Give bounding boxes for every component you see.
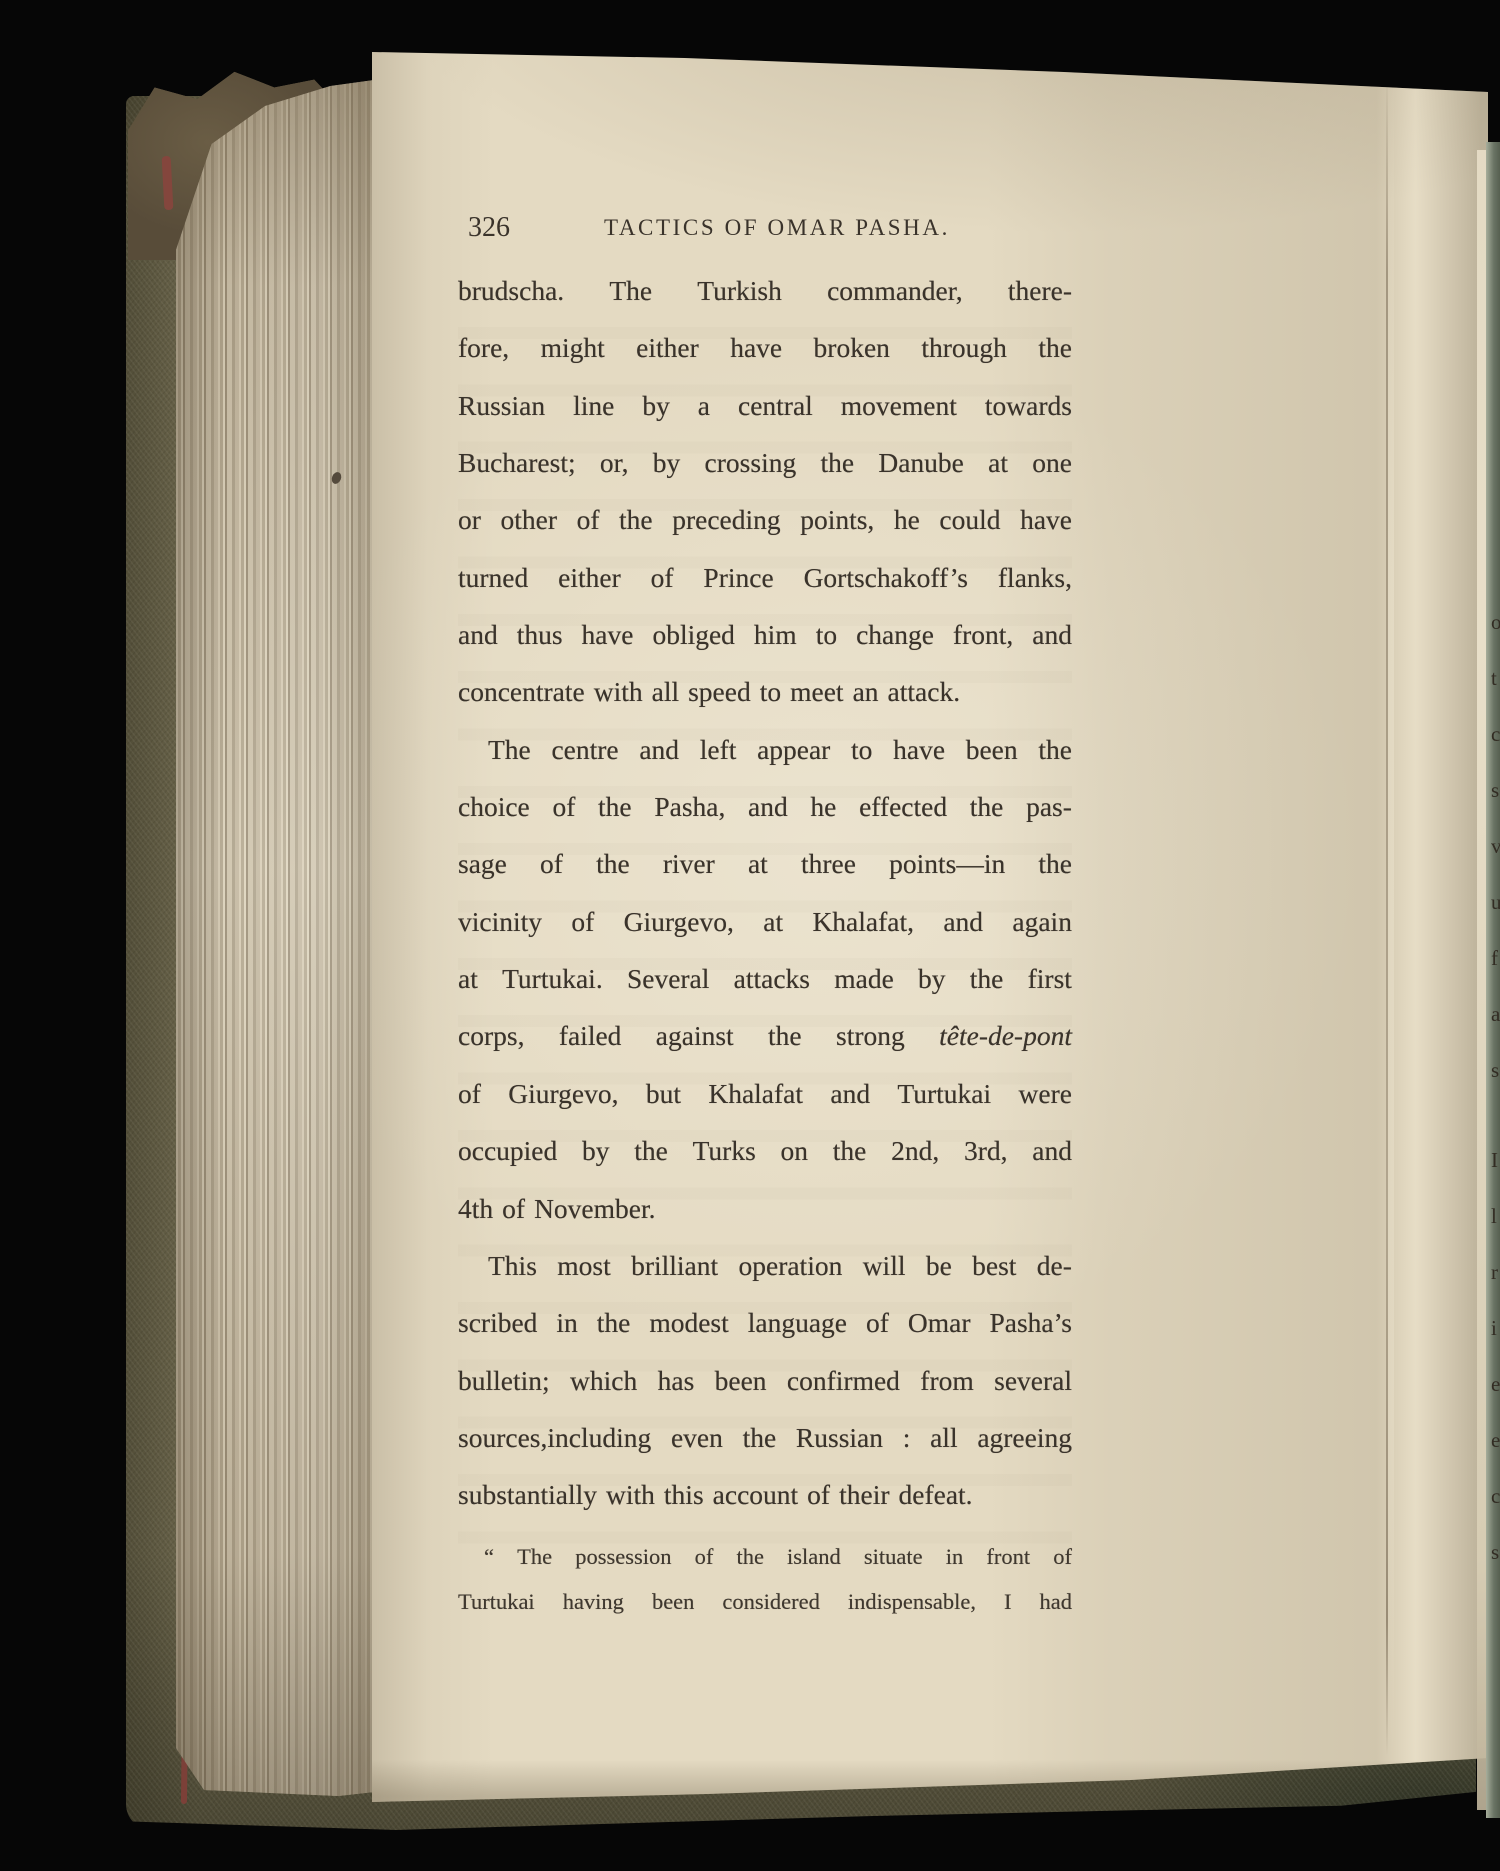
text-line: 4thofNovember. — [458, 1180, 1072, 1237]
fragment-letter: r — [1491, 1262, 1498, 1283]
fragment-letter: i — [1491, 1318, 1497, 1339]
facing-page-edge: otcsvufasIlrieecs — [1486, 142, 1500, 1818]
text-line: “Thepossessionoftheislandsituateinfronto… — [458, 1534, 1072, 1579]
fragment-letter: s — [1491, 1542, 1499, 1563]
fragment-letter: I — [1491, 1150, 1498, 1171]
paragraph: Thecentreandleftappeartohavebeenthechoic… — [458, 721, 1072, 1237]
page-number: 326 — [468, 206, 510, 250]
page-edge-highlight — [1477, 150, 1486, 1810]
text-line: brudscha.TheTurkishcommander,there- — [458, 262, 1072, 319]
text-line: substantiallywiththisaccountoftheirdefea… — [458, 1466, 1072, 1523]
text-line: occupiedbytheTurksonthe2nd,3rd,and — [458, 1122, 1072, 1179]
text-line: concentratewithallspeedtomeetanattack. — [458, 663, 1072, 720]
fragment-letter: s — [1491, 1060, 1499, 1081]
fragment-letter: t — [1491, 668, 1497, 689]
text-line: Thismostbrilliantoperationwillbebestde- — [458, 1237, 1072, 1294]
fragment-letter: u — [1491, 892, 1500, 913]
body-text: brudscha.TheTurkishcommander,there-fore,… — [458, 262, 1072, 1524]
text-line: turnedeitherofPrinceGortschakoff’sflanks… — [458, 549, 1072, 606]
paragraph: brudscha.TheTurkishcommander,there-fore,… — [458, 262, 1072, 721]
page-header: 326 TACTICS OF OMAR PASHA. — [458, 206, 1072, 250]
fragment-letter: e — [1491, 1374, 1500, 1395]
book-page: 326 TACTICS OF OMAR PASHA. brudscha.TheT… — [372, 44, 1488, 1802]
fragment-letter: c — [1491, 1486, 1500, 1507]
fragment-letter: v — [1491, 836, 1500, 857]
fragment-letter: o — [1491, 612, 1500, 633]
fragment-letter: a — [1491, 1004, 1500, 1025]
block-quote: “Thepossessionoftheislandsituateinfronto… — [458, 1534, 1072, 1624]
running-title: TACTICS OF OMAR PASHA. — [604, 206, 950, 250]
text-line: scribedinthemodestlanguageofOmarPasha’s — [458, 1294, 1072, 1351]
fragment-letter: f — [1491, 948, 1498, 969]
book-photo: 326 TACTICS OF OMAR PASHA. brudscha.TheT… — [0, 0, 1500, 1871]
text-line: fore,mighteitherhavebrokenthroughthe — [458, 319, 1072, 376]
text-line: bulletin;whichhasbeenconfirmedfromsevera… — [458, 1352, 1072, 1409]
text-line: Thecentreandleftappeartohavebeenthe — [458, 721, 1072, 778]
text-line: vicinityofGiurgevo,atKhalafat,andagain — [458, 893, 1072, 950]
fragment-letter: c — [1491, 724, 1500, 745]
text-line: ofGiurgevo,butKhalafatandTurtukaiwere — [458, 1065, 1072, 1122]
fragment-letter: l — [1491, 1206, 1497, 1227]
fragment-letter: s — [1491, 780, 1499, 801]
page-crease — [1386, 72, 1388, 1756]
paragraph: Thismostbrilliantoperationwillbebestde-s… — [458, 1237, 1072, 1524]
text-line: andthushaveobligedhimtochangefront,and — [458, 606, 1072, 663]
text-line: choiceofthePasha,andheeffectedthepas- — [458, 778, 1072, 835]
page-edge-stack — [176, 80, 374, 1796]
text-line: sources,includingeventheRussian:allagree… — [458, 1409, 1072, 1466]
text-line: orotheroftheprecedingpoints,hecouldhave — [458, 491, 1072, 548]
text-line: atTurtukai.Severalattacksmadebythefirst — [458, 950, 1072, 1007]
text-line: Turtukaihavingbeenconsideredindispensabl… — [458, 1579, 1072, 1624]
text-line: Russianlinebyacentralmovementtowards — [458, 377, 1072, 434]
text-line: corps,failedagainstthestrongtête-de-pont — [458, 1007, 1072, 1064]
text-line: sageoftheriveratthreepoints—inthe — [458, 835, 1072, 892]
fragment-letter: e — [1491, 1430, 1500, 1451]
text-line: Bucharest;or,bycrossingtheDanubeatone — [458, 434, 1072, 491]
